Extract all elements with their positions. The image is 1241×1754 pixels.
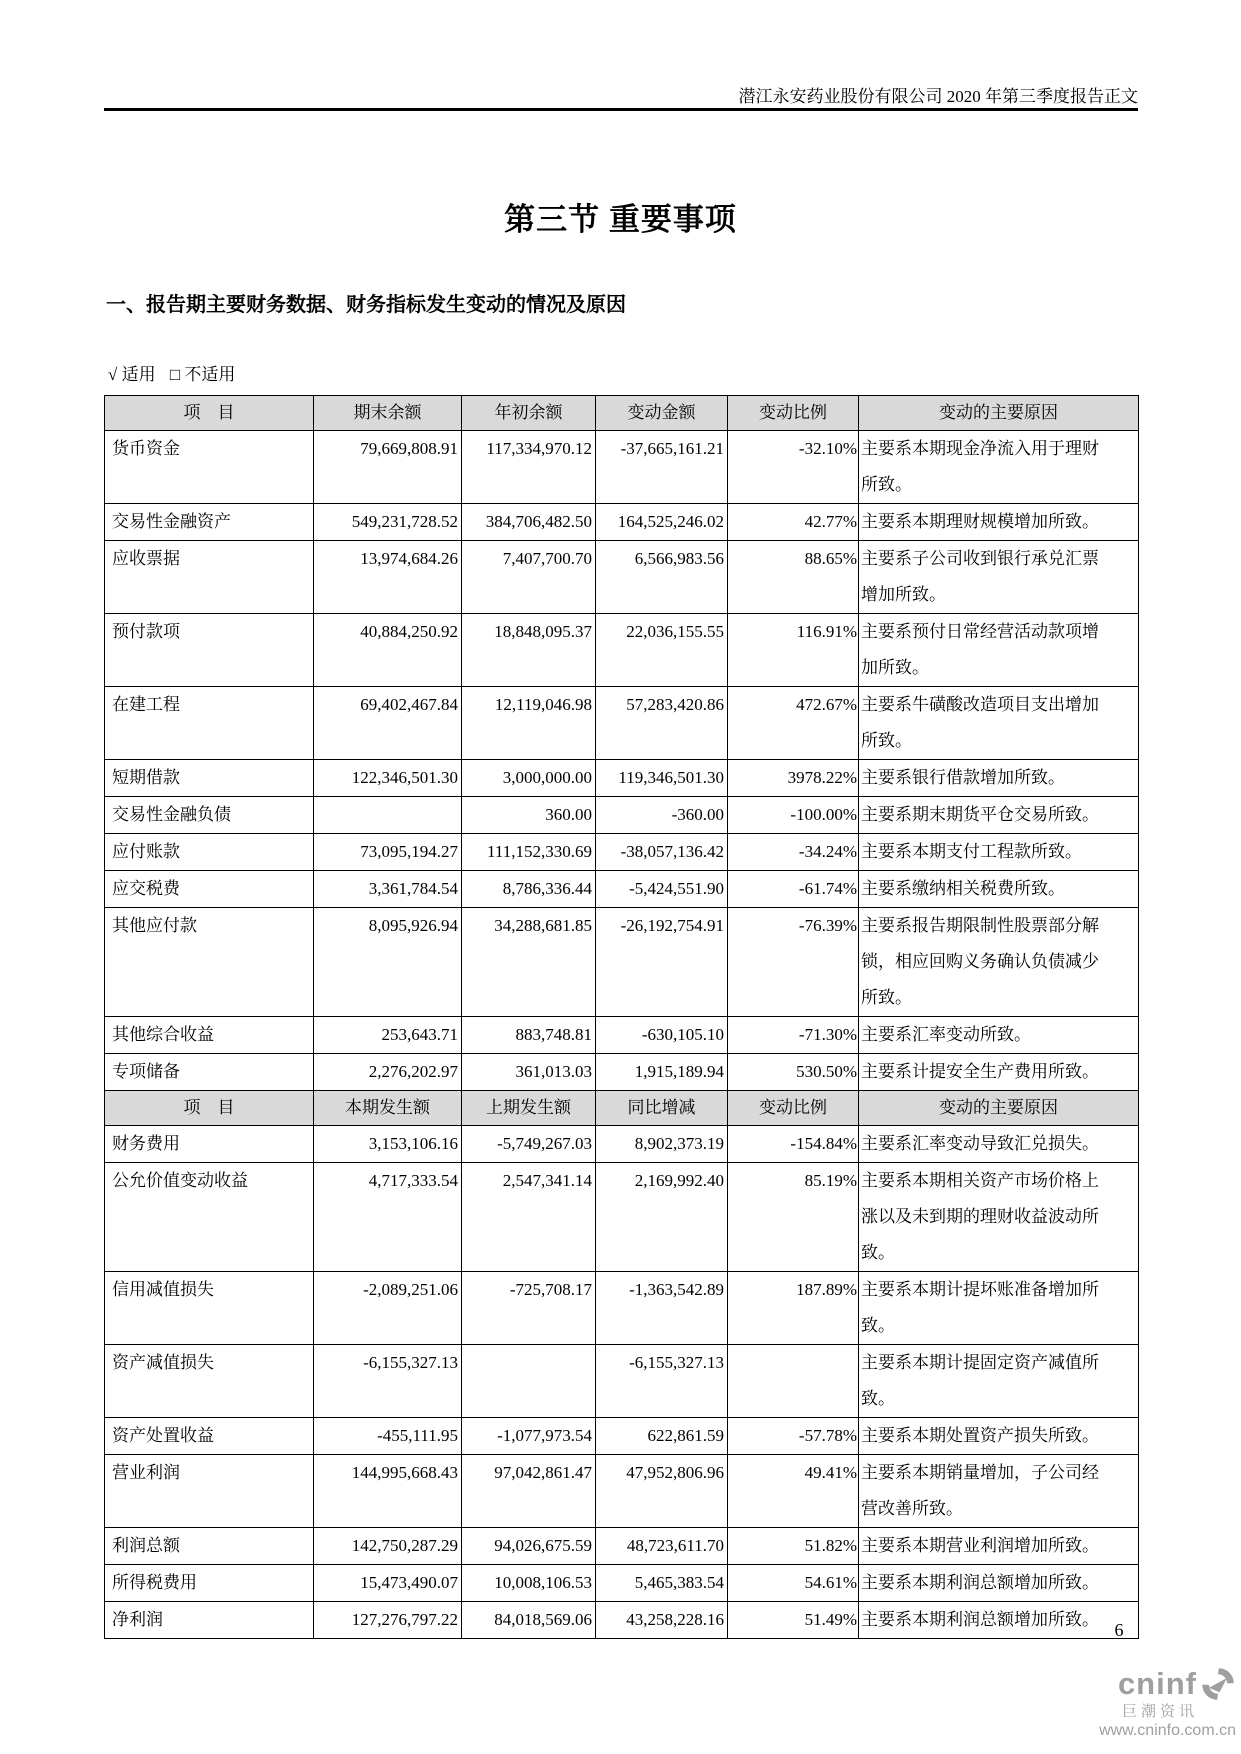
table-cell (462, 1345, 596, 1418)
table-row: 利润总额142,750,287.2994,026,675.5948,723,61… (105, 1528, 1139, 1565)
table-cell: 73,095,194.27 (314, 834, 462, 871)
table-row: 交易性金融资产549,231,728.52384,706,482.50164,5… (105, 504, 1139, 541)
table-row: 其他应付款8,095,926.9434,288,681.85-26,192,75… (105, 908, 1139, 1017)
table-cell: 48,723,611.70 (596, 1528, 728, 1565)
table-cell: 18,848,095.37 (462, 614, 596, 687)
table-cell: -37,665,161.21 (596, 431, 728, 504)
table-cell: 应付账款 (105, 834, 314, 871)
table-cell: 51.82% (728, 1528, 859, 1565)
table-cell: 49.41% (728, 1455, 859, 1528)
section-title: 第三节 重要事项 (0, 194, 1241, 239)
table-header-row: 项 目 期末余额 年初余额 变动金额 变动比例 变动的主要原因 (105, 396, 1139, 431)
table-cell: 111,152,330.69 (462, 834, 596, 871)
cninfo-logo-row: cninf (986, 1666, 1236, 1702)
applicable-unchecked-option: □ 不适用 (170, 365, 236, 384)
table-cell: 42.77% (728, 504, 859, 541)
table-cell: 主要系本期计提固定资产减值所致。 (859, 1345, 1139, 1418)
table-row: 净利润127,276,797.2284,018,569.0643,258,228… (105, 1602, 1139, 1639)
table-cell: 3,361,784.54 (314, 871, 462, 908)
column-header-item: 项 目 (105, 1091, 314, 1126)
table-cell: 2,169,992.40 (596, 1163, 728, 1272)
table-cell: 净利润 (105, 1602, 314, 1639)
column-header-ending-balance: 期末余额 (314, 396, 462, 431)
table-cell: -34.24% (728, 834, 859, 871)
header-rule (104, 108, 1138, 111)
table-cell: 主要系本期处置资产损失所致。 (859, 1418, 1139, 1455)
table-cell: 主要系本期利润总额增加所致。 (859, 1565, 1139, 1602)
table-cell: -1,077,973.54 (462, 1418, 596, 1455)
table-cell: 54.61% (728, 1565, 859, 1602)
table-cell: 专项储备 (105, 1054, 314, 1091)
column-header-current-amount: 本期发生额 (314, 1091, 462, 1126)
page-number: 6 (1104, 1620, 1134, 1641)
table-cell: -6,155,327.13 (314, 1345, 462, 1418)
table-cell: 883,748.81 (462, 1017, 596, 1054)
table-cell: 所得税费用 (105, 1565, 314, 1602)
table-cell: 622,861.59 (596, 1418, 728, 1455)
table-cell: 116.91% (728, 614, 859, 687)
subsection-title: 一、报告期主要财务数据、财务指标发生变动的情况及原因 (106, 288, 626, 317)
column-header-change-ratio: 变动比例 (728, 1091, 859, 1126)
table-cell: 3978.22% (728, 760, 859, 797)
table-cell: 187.89% (728, 1272, 859, 1345)
table-cell: 472.67% (728, 687, 859, 760)
table-cell: 79,669,808.91 (314, 431, 462, 504)
table-cell: 8,902,373.19 (596, 1126, 728, 1163)
table-cell: 2,547,341.14 (462, 1163, 596, 1272)
table-cell: 资产处置收益 (105, 1418, 314, 1455)
cninfo-logo-text: cninf (1118, 1669, 1197, 1699)
cninfo-logo-chinese-name: 巨潮资讯 (986, 1700, 1236, 1721)
table-cell: 主要系本期营业利润增加所致。 (859, 1528, 1139, 1565)
table-cell: 40,884,250.92 (314, 614, 462, 687)
table-cell: 69,402,467.84 (314, 687, 462, 760)
table-cell: 15,473,490.07 (314, 1565, 462, 1602)
table-cell: -76.39% (728, 908, 859, 1017)
column-header-yoy-change: 同比增减 (596, 1091, 728, 1126)
column-header-main-reason: 变动的主要原因 (859, 1091, 1139, 1126)
income-items-section: 项 目 本期发生额 上期发生额 同比增减 变动比例 变动的主要原因 财务费用3,… (105, 1091, 1139, 1639)
table-cell: 应交税费 (105, 871, 314, 908)
applicability-line: √ 适用 □ 不适用 (108, 360, 245, 385)
cninfo-logo: cninf 巨潮资讯 www.cninfo.com.cn (986, 1666, 1236, 1740)
table-cell: 6,566,983.56 (596, 541, 728, 614)
table-cell: 主要系本期利润总额增加所致。 (859, 1602, 1139, 1639)
table-row: 应付账款73,095,194.27111,152,330.69-38,057,1… (105, 834, 1139, 871)
table-cell: 2,276,202.97 (314, 1054, 462, 1091)
table-cell: 97,042,861.47 (462, 1455, 596, 1528)
table-cell: 119,346,501.30 (596, 760, 728, 797)
table-cell: -100.00% (728, 797, 859, 834)
table-cell: -26,192,754.91 (596, 908, 728, 1017)
table-cell: 财务费用 (105, 1126, 314, 1163)
table-cell: 主要系本期计提坏账准备增加所致。 (859, 1272, 1139, 1345)
table-cell: 47,952,806.96 (596, 1455, 728, 1528)
table-cell: -6,155,327.13 (596, 1345, 728, 1418)
table-cell: 主要系银行借款增加所致。 (859, 760, 1139, 797)
report-page: 潜江永安药业股份有限公司 2020 年第三季度报告正文 第三节 重要事项 一、报… (0, 0, 1241, 1754)
cninfo-swirl-icon (1200, 1666, 1236, 1702)
table-cell: 在建工程 (105, 687, 314, 760)
table-cell (728, 1345, 859, 1418)
table-cell: 253,643.71 (314, 1017, 462, 1054)
table-cell: 127,276,797.22 (314, 1602, 462, 1639)
table-cell: 主要系预付日常经营活动款项增加所致。 (859, 614, 1139, 687)
cninfo-logo-url: www.cninfo.com.cn (986, 1722, 1236, 1740)
table-row: 短期借款122,346,501.303,000,000.00119,346,50… (105, 760, 1139, 797)
table-cell: 主要系子公司收到银行承兑汇票增加所致。 (859, 541, 1139, 614)
table-row: 预付款项40,884,250.9218,848,095.3722,036,155… (105, 614, 1139, 687)
table-cell: 主要系报告期限制性股票部分解锁，相应回购义务确认负债减少所致。 (859, 908, 1139, 1017)
table-row: 资产减值损失-6,155,327.13-6,155,327.13主要系本期计提固… (105, 1345, 1139, 1418)
table-cell: -71.30% (728, 1017, 859, 1054)
table-cell: 主要系本期理财规模增加所致。 (859, 504, 1139, 541)
table-cell: -725,708.17 (462, 1272, 596, 1345)
table-cell: 3,153,106.16 (314, 1126, 462, 1163)
table-row: 专项储备2,276,202.97361,013.031,915,189.9453… (105, 1054, 1139, 1091)
table-cell: 549,231,728.52 (314, 504, 462, 541)
column-header-change-amount: 变动金额 (596, 396, 728, 431)
table-cell: 3,000,000.00 (462, 760, 596, 797)
table-cell: 主要系期末期货平仓交易所致。 (859, 797, 1139, 834)
table-cell: 117,334,970.12 (462, 431, 596, 504)
table-cell: -32.10% (728, 431, 859, 504)
table-cell: 主要系计提安全生产费用所致。 (859, 1054, 1139, 1091)
table-cell: 360.00 (462, 797, 596, 834)
table-cell: -38,057,136.42 (596, 834, 728, 871)
applicable-checked-option: √ 适用 (108, 365, 156, 384)
table-cell: 信用减值损失 (105, 1272, 314, 1345)
table-row: 信用减值损失-2,089,251.06-725,708.17-1,363,542… (105, 1272, 1139, 1345)
table-cell: 营业利润 (105, 1455, 314, 1528)
table-cell: 164,525,246.02 (596, 504, 728, 541)
table-cell: 12,119,046.98 (462, 687, 596, 760)
table-cell: 361,013.03 (462, 1054, 596, 1091)
table-row: 交易性金融负债360.00-360.00-100.00%主要系期末期货平仓交易所… (105, 797, 1139, 834)
table-cell: 货币资金 (105, 431, 314, 504)
table-cell: 122,346,501.30 (314, 760, 462, 797)
table-cell: 交易性金融负债 (105, 797, 314, 834)
table-cell: 8,095,926.94 (314, 908, 462, 1017)
table-cell: 利润总额 (105, 1528, 314, 1565)
table-cell: 短期借款 (105, 760, 314, 797)
table-cell: 530.50% (728, 1054, 859, 1091)
table-cell: -154.84% (728, 1126, 859, 1163)
table-cell: 其他应付款 (105, 908, 314, 1017)
column-header-main-reason: 变动的主要原因 (859, 396, 1139, 431)
table-cell: -630,105.10 (596, 1017, 728, 1054)
table-row: 所得税费用15,473,490.0710,008,106.535,465,383… (105, 1565, 1139, 1602)
financial-changes-table: 项 目 期末余额 年初余额 变动金额 变动比例 变动的主要原因 货币资金79,6… (104, 395, 1139, 1639)
table-cell: -455,111.95 (314, 1418, 462, 1455)
table-row: 公允价值变动收益4,717,333.542,547,341.142,169,99… (105, 1163, 1139, 1272)
table-cell: 其他综合收益 (105, 1017, 314, 1054)
table-cell: 主要系缴纳相关税费所致。 (859, 871, 1139, 908)
table-cell: 43,258,228.16 (596, 1602, 728, 1639)
table-cell: 主要系汇率变动导致汇兑损失。 (859, 1126, 1139, 1163)
table-cell: 交易性金融资产 (105, 504, 314, 541)
column-header-change-ratio: 变动比例 (728, 396, 859, 431)
table-cell: 13,974,684.26 (314, 541, 462, 614)
table-cell: 88.65% (728, 541, 859, 614)
column-header-beginning-balance: 年初余额 (462, 396, 596, 431)
table-cell: 主要系本期支付工程款所致。 (859, 834, 1139, 871)
table-cell: 1,915,189.94 (596, 1054, 728, 1091)
table-cell (314, 797, 462, 834)
table-cell: -5,749,267.03 (462, 1126, 596, 1163)
table-row: 营业利润144,995,668.4397,042,861.4747,952,80… (105, 1455, 1139, 1528)
table-cell: 主要系本期销量增加，子公司经营改善所致。 (859, 1455, 1139, 1528)
table-row: 其他综合收益253,643.71883,748.81-630,105.10-71… (105, 1017, 1139, 1054)
balance-items-section: 项 目 期末余额 年初余额 变动金额 变动比例 变动的主要原因 货币资金79,6… (105, 396, 1139, 1091)
table-cell: 预付款项 (105, 614, 314, 687)
table-cell: 34,288,681.85 (462, 908, 596, 1017)
table-cell: 10,008,106.53 (462, 1565, 596, 1602)
table-cell: 主要系牛磺酸改造项目支出增加所致。 (859, 687, 1139, 760)
table-row: 应收票据13,974,684.267,407,700.706,566,983.5… (105, 541, 1139, 614)
table-cell: 7,407,700.70 (462, 541, 596, 614)
document-header-title: 潜江永安药业股份有限公司 2020 年第三季度报告正文 (104, 82, 1138, 107)
table-row: 在建工程69,402,467.8412,119,046.9857,283,420… (105, 687, 1139, 760)
table-cell: -2,089,251.06 (314, 1272, 462, 1345)
table-cell: 142,750,287.29 (314, 1528, 462, 1565)
table-cell: 主要系本期相关资产市场价格上涨以及未到期的理财收益波动所致。 (859, 1163, 1139, 1272)
table-cell: 公允价值变动收益 (105, 1163, 314, 1272)
table-cell: 384,706,482.50 (462, 504, 596, 541)
table-cell: 资产减值损失 (105, 1345, 314, 1418)
table-cell: 51.49% (728, 1602, 859, 1639)
table-cell: 22,036,155.55 (596, 614, 728, 687)
table-cell: -5,424,551.90 (596, 871, 728, 908)
table-row: 资产处置收益-455,111.95-1,077,973.54622,861.59… (105, 1418, 1139, 1455)
column-header-prior-amount: 上期发生额 (462, 1091, 596, 1126)
table-cell: 84,018,569.06 (462, 1602, 596, 1639)
table-cell: -1,363,542.89 (596, 1272, 728, 1345)
table-row: 货币资金79,669,808.91117,334,970.12-37,665,1… (105, 431, 1139, 504)
table-cell: 94,026,675.59 (462, 1528, 596, 1565)
table-cell: -57.78% (728, 1418, 859, 1455)
table-cell: 主要系汇率变动所致。 (859, 1017, 1139, 1054)
table-cell: 主要系本期现金净流入用于理财所致。 (859, 431, 1139, 504)
table-cell: 57,283,420.86 (596, 687, 728, 760)
table-row: 财务费用3,153,106.16-5,749,267.038,902,373.1… (105, 1126, 1139, 1163)
table-cell: 8,786,336.44 (462, 871, 596, 908)
table-cell: 应收票据 (105, 541, 314, 614)
table-row: 应交税费3,361,784.548,786,336.44-5,424,551.9… (105, 871, 1139, 908)
table-cell: 85.19% (728, 1163, 859, 1272)
table-cell: -360.00 (596, 797, 728, 834)
table-cell: 4,717,333.54 (314, 1163, 462, 1272)
table-cell: -61.74% (728, 871, 859, 908)
table-cell: 144,995,668.43 (314, 1455, 462, 1528)
column-header-item: 项 目 (105, 396, 314, 431)
table-cell: 5,465,383.54 (596, 1565, 728, 1602)
table-header-row: 项 目 本期发生额 上期发生额 同比增减 变动比例 变动的主要原因 (105, 1091, 1139, 1126)
